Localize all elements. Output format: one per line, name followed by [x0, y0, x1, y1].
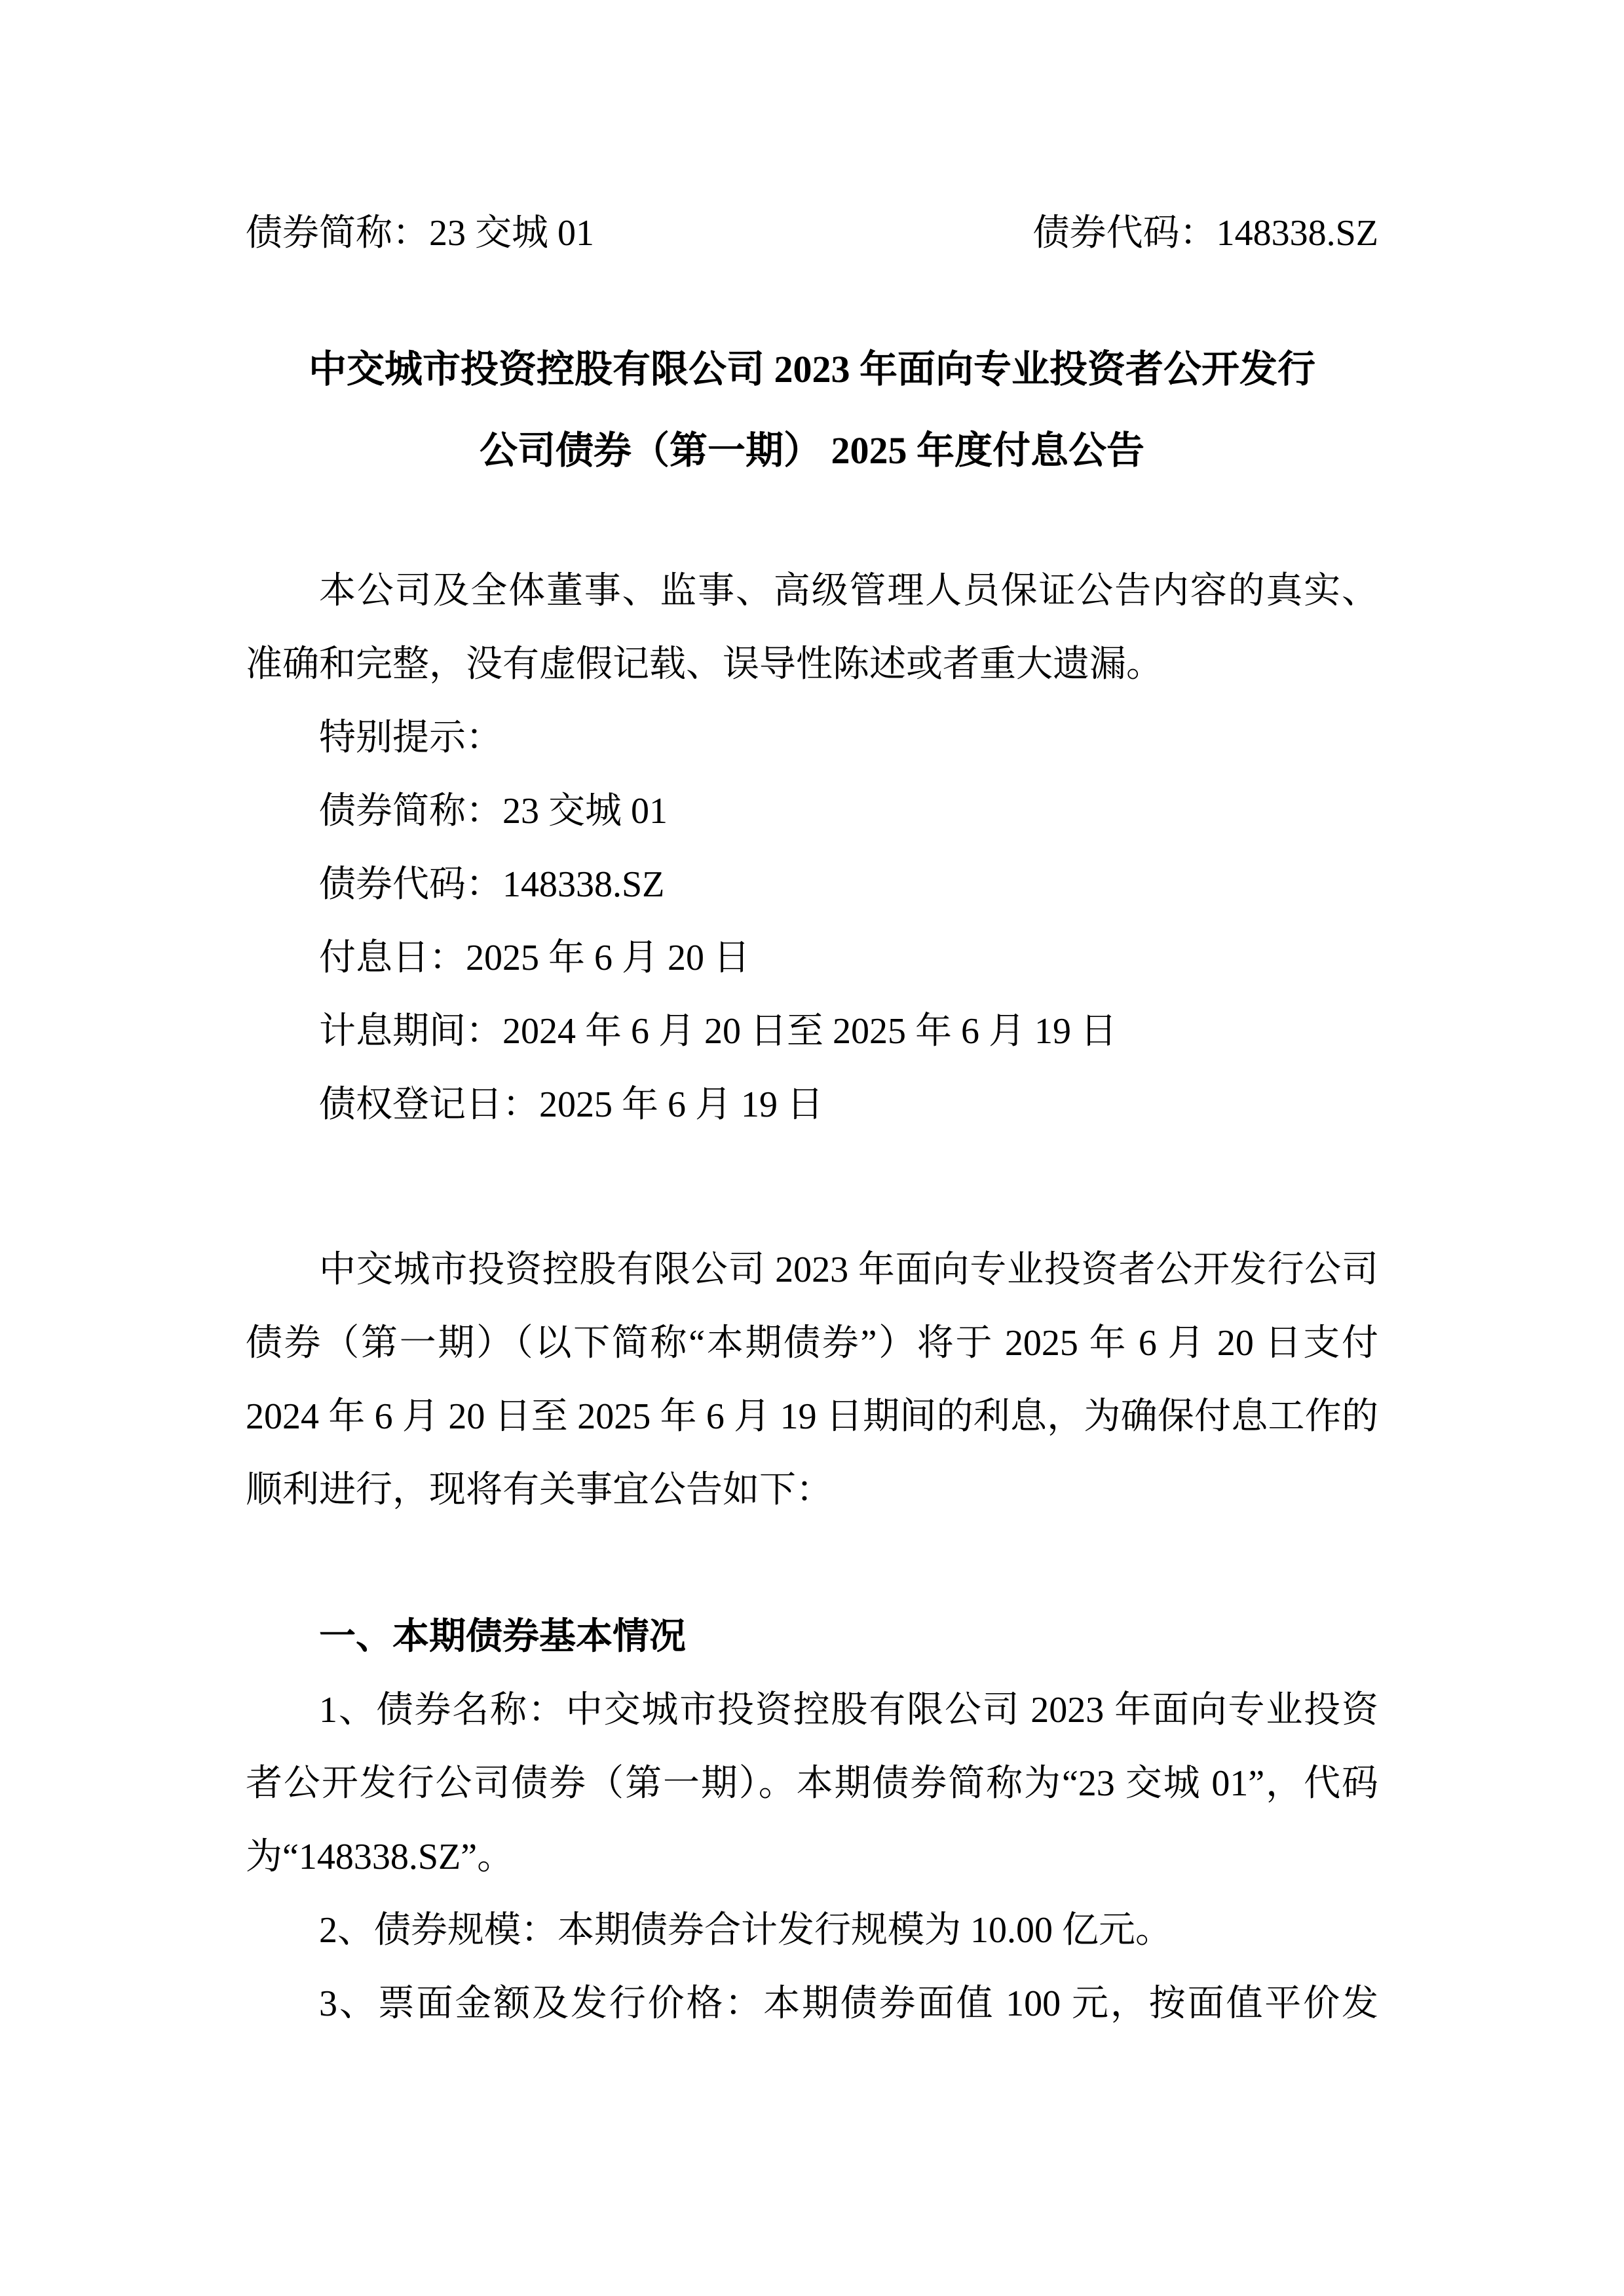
bond-code-header: 债券代码：148338.SZ: [1033, 197, 1378, 270]
spacer: [246, 1527, 1378, 1600]
notice-interest-accrual-period: 计息期间：2024 年 6 月 20 日至 2025 年 6 月 19 日: [246, 995, 1378, 1068]
document-page: 债券简称：23 交城 01 债券代码：148338.SZ 中交城市投资控股有限公…: [0, 0, 1624, 2296]
section-1-item-3: 3、票面金额及发行价格：本期债券面值 100 元，按面值平价发: [246, 1967, 1378, 2040]
title-line-1: 中交城市投资控股有限公司 2023 年面向专业投资者公开发行: [246, 329, 1378, 410]
bond-short-name-header: 债券简称：23 交城 01: [246, 197, 594, 270]
spacer: [246, 1141, 1378, 1233]
notice-bond-code: 债券代码：148338.SZ: [246, 848, 1378, 921]
special-notice-label: 特别提示：: [246, 701, 1378, 775]
intro-paragraph: 中交城市投资控股有限公司 2023 年面向专业投资者公开发行公司债券（第一期）（…: [246, 1233, 1378, 1527]
document-title: 中交城市投资控股有限公司 2023 年面向专业投资者公开发行 公司债券（第一期）…: [246, 329, 1378, 491]
notice-bond-short-name: 债券简称：23 交城 01: [246, 775, 1378, 848]
notice-record-date: 债权登记日：2025 年 6 月 19 日: [246, 1068, 1378, 1141]
section-1-heading: 一、本期债券基本情况: [246, 1600, 1378, 1674]
section-1-item-2: 2、债券规模：本期债券合计发行规模为 10.00 亿元。: [246, 1894, 1378, 1967]
title-line-2: 公司债券（第一期） 2025 年度付息公告: [246, 410, 1378, 491]
notice-interest-payment-date: 付息日：2025 年 6 月 20 日: [246, 921, 1378, 995]
declaration-paragraph: 本公司及全体董事、监事、高级管理人员保证公告内容的真实、准确和完整，没有虚假记载…: [246, 554, 1378, 701]
spacer: [246, 270, 1378, 329]
section-1-item-1: 1、债券名称：中交城市投资控股有限公司 2023 年面向专业投资者公开发行公司债…: [246, 1674, 1378, 1894]
spacer: [246, 491, 1378, 554]
document-header: 债券简称：23 交城 01 债券代码：148338.SZ: [246, 197, 1378, 270]
